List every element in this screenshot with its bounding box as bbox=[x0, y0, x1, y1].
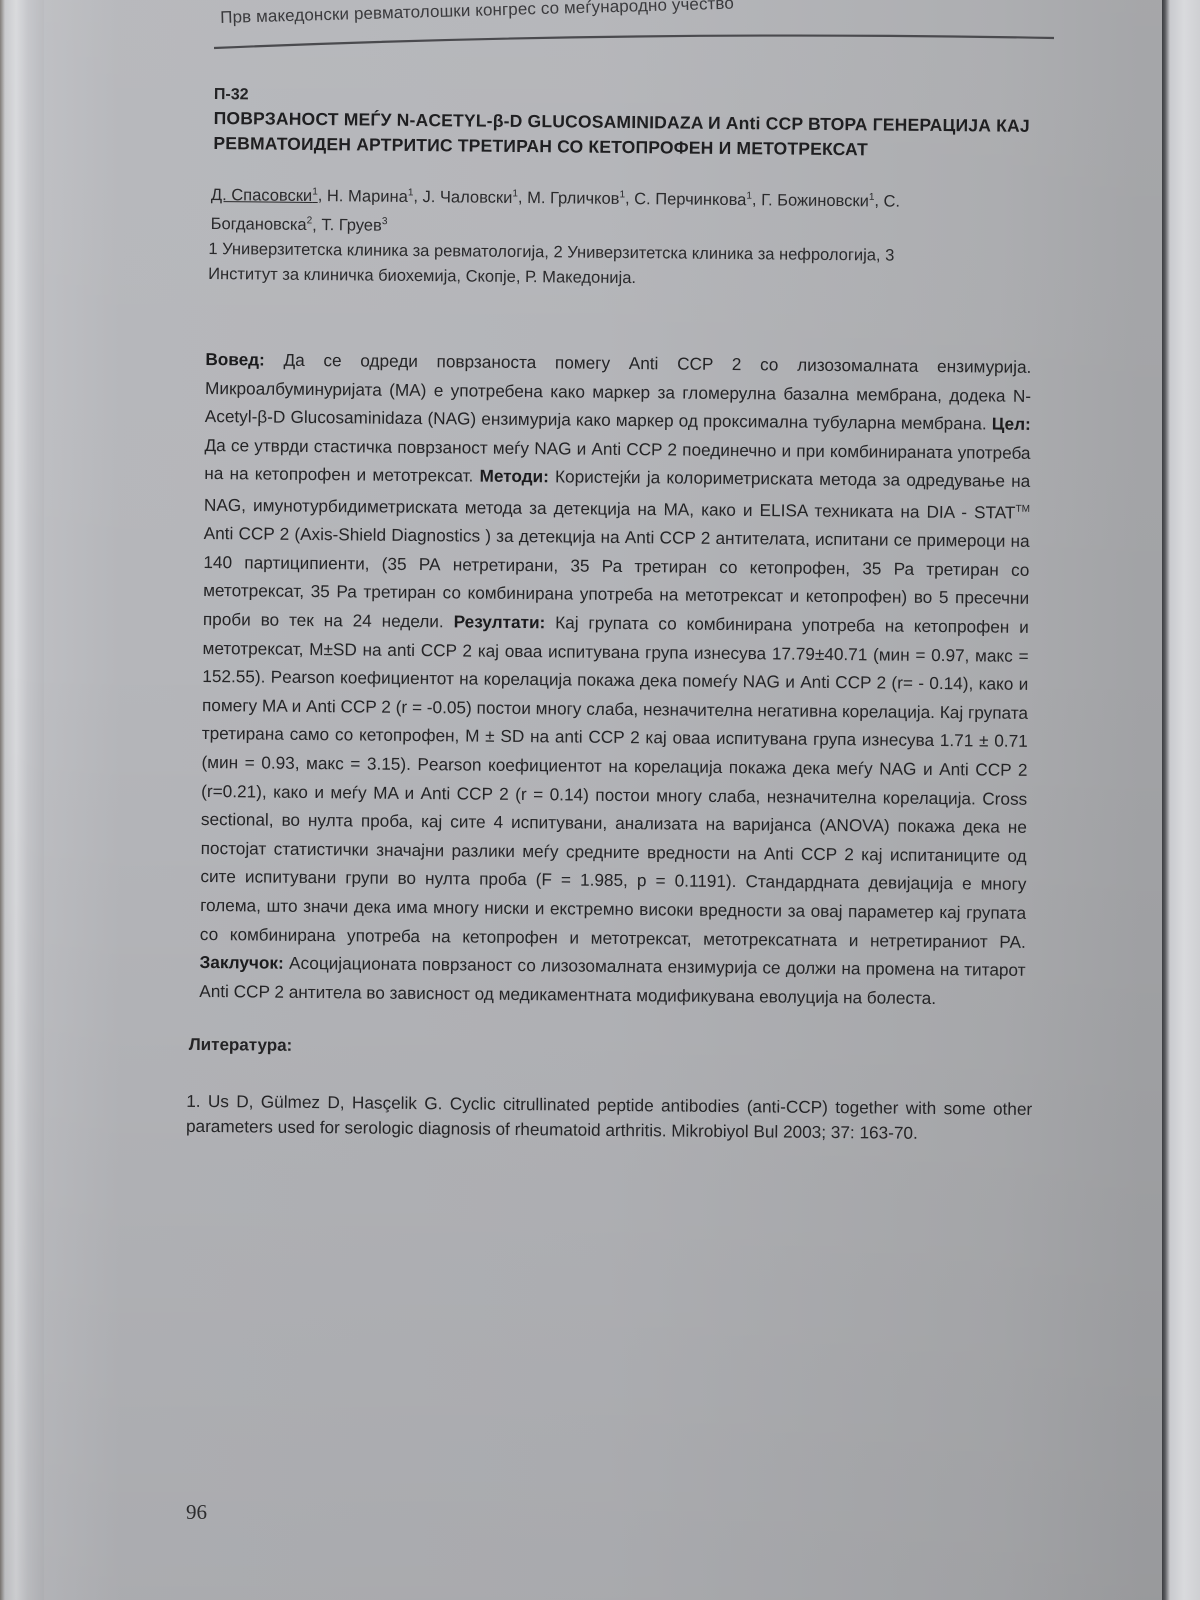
affiliations: 1 Универзитетска клиника за ревматологиј… bbox=[208, 237, 968, 294]
running-header: Прв македонски ревматолошки конгрес со м… bbox=[220, 0, 734, 28]
section-label-aim: Цел: bbox=[992, 414, 1031, 434]
section-label-conclusion: Заклучок: bbox=[199, 952, 283, 973]
literature-heading: Литература: bbox=[189, 1035, 1021, 1063]
document-page: Прв македонски ревматолошки конгрес со м… bbox=[0, 0, 1162, 1600]
section-label-methods: Методи: bbox=[479, 466, 549, 487]
author-presenter: Д. Спасовски1 bbox=[211, 186, 318, 205]
conclusion-text: Асоцијационата поврзаност со лизозомална… bbox=[199, 953, 1025, 1008]
author: С. Перчинкова1 bbox=[634, 190, 752, 209]
abstract-title: ПОВРЗАНОСТ МЕЃУ N-ACETYL-β-D GLUCOSAMINI… bbox=[213, 106, 1033, 164]
intro-text: Да се одреди поврзаноста помегу Anti CCP… bbox=[205, 350, 1032, 434]
author: М. Грличков1 bbox=[527, 189, 625, 208]
author: Н. Марина1 bbox=[327, 187, 414, 206]
trademark-sup: TM bbox=[1015, 504, 1030, 515]
reference-item: 1. Us D, Gülmez D, Hasçelik G. Cyclic ci… bbox=[186, 1089, 1032, 1147]
page-number: 96 bbox=[186, 1500, 207, 1525]
results-text: Кај групата со комбинирана употреба на к… bbox=[200, 612, 1029, 951]
page-right-edge bbox=[1162, 0, 1200, 1600]
section-label-intro: Вовед: bbox=[205, 349, 265, 370]
header-rule bbox=[214, 28, 1054, 50]
abstract-content: П-32 ПОВРЗАНОСТ МЕЃУ N-ACETYL-β-D GLUCOS… bbox=[200, 86, 1030, 1147]
section-label-results: Резултати: bbox=[454, 611, 546, 632]
author-list: Д. Спасовски1, Н. Марина1, J. Чаловски1,… bbox=[211, 178, 972, 244]
author: Т. Груев3 bbox=[321, 216, 387, 235]
abstract-body: Вовед: Да се одреди поврзаноста помегу A… bbox=[199, 345, 1031, 1013]
author: J. Чаловски1 bbox=[422, 188, 518, 207]
author: Г. Божиновски1 bbox=[761, 191, 874, 210]
